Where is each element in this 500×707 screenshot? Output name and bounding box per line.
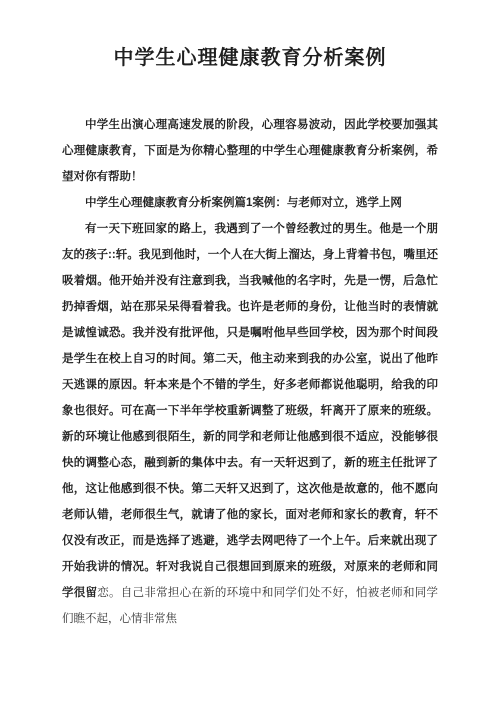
paragraph-intro: 中学生出演心理高速发展的阶段，心理容易波动，因此学校要加强其心理健康教育，下面是… <box>62 112 438 190</box>
paragraph-case-body: 有一天下班回家的路上，我遇到了一个曾经教过的男生。他是一个朋友的孩子::轩。我见… <box>62 216 438 632</box>
document-page: 中学生心理健康教育分析案例 中学生出演心理高速发展的阶段，心理容易波动，因此学校… <box>62 0 438 632</box>
paragraph-case-heading: 中学生心理健康教育分析案例篇1案例：与老师对立，逃学上网 <box>62 190 438 216</box>
case-body-main-text: 有一天下班回家的路上，我遇到了一个曾经教过的男生。他是一个朋友的孩子::轩。我见… <box>62 223 438 599</box>
document-body: 中学生出演心理高速发展的阶段，心理容易波动，因此学校要加强其心理健康教育，下面是… <box>62 112 438 632</box>
document-title: 中学生心理健康教育分析案例 <box>62 46 438 70</box>
case-body-serif-text: 恋。自己非常担心在新的环境中和同学们处不好，怕被老师和同学们瞧不起，心情非常焦 <box>62 587 438 625</box>
